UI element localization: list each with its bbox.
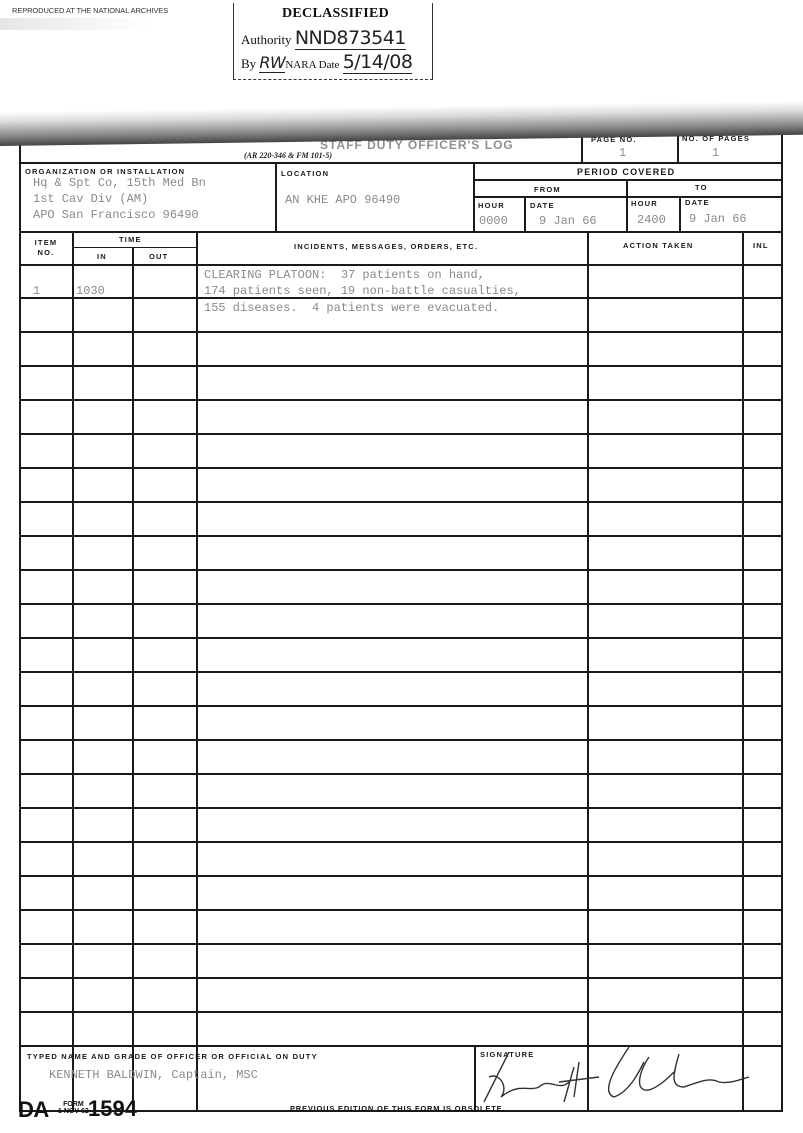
action-taken-header: ACTION TAKEN bbox=[623, 241, 694, 250]
declassified-title: DECLASSIFIED bbox=[282, 6, 389, 22]
table-row-line bbox=[19, 535, 783, 537]
entry-time-in: 1030 bbox=[76, 284, 105, 298]
scan-smudge bbox=[0, 18, 150, 30]
table-row-line bbox=[19, 264, 783, 266]
table-row-line bbox=[19, 603, 783, 605]
in-header: IN bbox=[97, 252, 107, 261]
entry-line-1: CLEARING PLATOON: 37 patients on hand, bbox=[204, 268, 485, 282]
declassified-stamp: DECLASSIFIED Authority NND873541 By RWNA… bbox=[233, 3, 433, 80]
table-row-line bbox=[19, 501, 783, 503]
table-row-line bbox=[19, 977, 783, 979]
table-row-line bbox=[19, 433, 783, 435]
organization-line-3: APO San Francisco 96490 bbox=[33, 208, 199, 222]
typed-name-value: KENNETH BALDWIN, Captain, MSC bbox=[49, 1068, 258, 1082]
page-no-value: 1 bbox=[619, 146, 626, 160]
from-date-label: DATE bbox=[530, 201, 555, 210]
typed-name-label: TYPED NAME AND GRADE OF OFFICER OR OFFIC… bbox=[27, 1052, 318, 1061]
inl-header: INL bbox=[753, 241, 769, 250]
out-header: OUT bbox=[149, 252, 168, 261]
obsolete-note: PREVIOUS EDITION OF THIS FORM IS OBSOLET… bbox=[290, 1104, 505, 1113]
form-title: STAFF DUTY OFFICER'S LOG bbox=[320, 138, 514, 152]
staff-duty-log-form: (AR 220-346 & FM 101-5) PAGE NO. 1 NO. O… bbox=[19, 132, 782, 1122]
organization-label: ORGANIZATION OR INSTALLATION bbox=[25, 167, 185, 176]
table-row-line bbox=[19, 569, 783, 571]
from-date-value: 9 Jan 66 bbox=[539, 214, 597, 228]
to-label: TO bbox=[695, 183, 708, 192]
to-date-label: DATE bbox=[685, 198, 710, 207]
from-hour-label: HOUR bbox=[478, 201, 505, 210]
archives-stamp: REPRODUCED AT THE NATIONAL ARCHIVES bbox=[12, 6, 168, 15]
period-covered-label: PERIOD COVERED bbox=[577, 167, 675, 177]
table-row-line bbox=[19, 637, 783, 639]
from-hour-value: 0000 bbox=[479, 214, 508, 228]
organization-line-2: 1st Cav Div (AM) bbox=[33, 192, 148, 206]
table-row-line bbox=[19, 365, 783, 367]
time-header: TIME bbox=[119, 235, 142, 244]
table-row-line bbox=[19, 739, 783, 741]
declassified-date: 5/14/08 bbox=[343, 51, 413, 74]
to-hour-value: 2400 bbox=[637, 213, 666, 227]
signature-mark bbox=[479, 1042, 769, 1112]
by-label: By bbox=[241, 56, 256, 71]
to-date-value: 9 Jan 66 bbox=[689, 212, 747, 226]
location-label: LOCATION bbox=[281, 169, 329, 178]
incidents-header: INCIDENTS, MESSAGES, ORDERS, ETC. bbox=[294, 242, 478, 251]
table-row-line bbox=[19, 1011, 783, 1013]
form-date: 1 NOV 62 bbox=[58, 1108, 89, 1115]
table-row-line bbox=[19, 841, 783, 843]
table-row-line bbox=[19, 467, 783, 469]
entry-line-2: 174 patients seen, 19 non-battle casualt… bbox=[204, 284, 521, 298]
authority-label: Authority bbox=[241, 32, 292, 47]
form-prefix: DA bbox=[18, 1097, 49, 1123]
entry-item-no: 1 bbox=[33, 284, 40, 298]
table-row-line bbox=[19, 399, 783, 401]
table-row-line bbox=[19, 773, 783, 775]
form-subtitle: (AR 220-346 & FM 101-5) bbox=[244, 151, 332, 160]
by-initials: RW bbox=[259, 53, 285, 73]
no-of-pages-value: 1 bbox=[712, 146, 719, 160]
table-row-line bbox=[19, 705, 783, 707]
table-row-line bbox=[19, 875, 783, 877]
by-line: By RWNARA Date 5/14/08 bbox=[241, 51, 412, 73]
table-row-line bbox=[19, 671, 783, 673]
entry-line-3: 155 diseases. 4 patients were evacuated. bbox=[204, 301, 499, 315]
authority-line: Authority NND873541 bbox=[241, 27, 406, 49]
from-label: FROM bbox=[534, 185, 561, 194]
table-row-line bbox=[19, 943, 783, 945]
organization-line-1: Hq & Spt Co, 15th Med Bn bbox=[33, 176, 206, 190]
form-edition: FORM 1 NOV 62 bbox=[58, 1101, 89, 1115]
to-hour-label: HOUR bbox=[631, 199, 658, 208]
table-row-line bbox=[19, 807, 783, 809]
form-word: FORM bbox=[58, 1101, 89, 1108]
location-value: AN KHE APO 96490 bbox=[285, 193, 400, 207]
table-row-line bbox=[19, 331, 783, 333]
form-number: 1594 bbox=[88, 1096, 137, 1122]
authority-value: NND873541 bbox=[295, 27, 406, 50]
item-no-header: ITEM NO. bbox=[31, 238, 61, 258]
nara-date-label: NARA Date bbox=[285, 59, 339, 71]
table-row-line bbox=[19, 909, 783, 911]
